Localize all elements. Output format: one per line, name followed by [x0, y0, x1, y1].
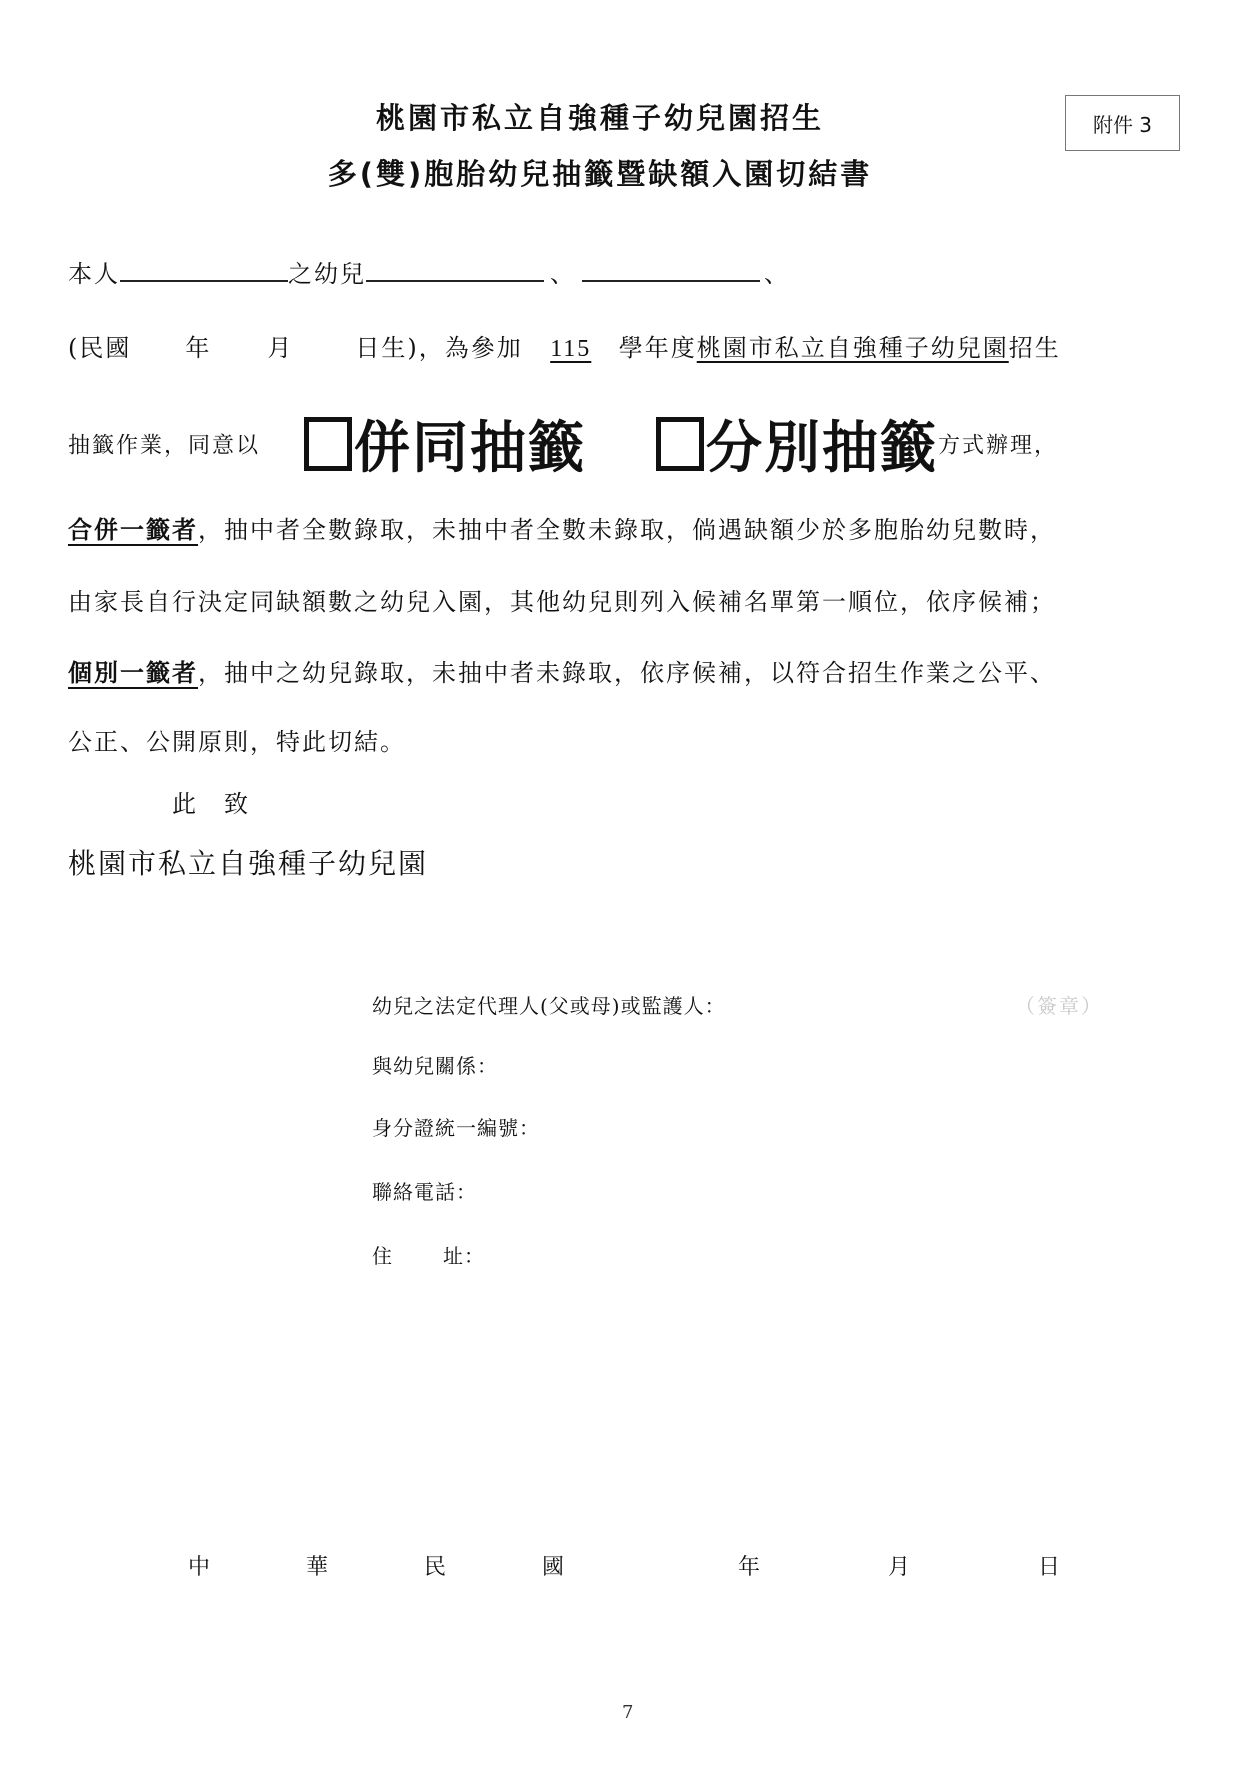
body-line-5: 公正、公開原則，特此切結。: [68, 722, 406, 757]
parent-name-field[interactable]: [120, 258, 288, 282]
document-title-line1: 桃園市私立自強種子幼兒園招生: [0, 96, 1200, 137]
separate-draw-text: ，抽中之幼兒錄取，未抽中者未錄取，依序候補，以符合招生作業之公平、: [198, 659, 1056, 687]
date-year-field[interactable]: [580, 1545, 730, 1579]
school-name: 桃園市私立自強種子幼兒園: [697, 334, 1009, 362]
school-year-suffix: 學年度: [619, 334, 697, 362]
body-line-separate: 個別一籤者，抽中之幼兒錄取，未抽中者未錄取，依序候補，以符合招生作業之公平、: [68, 653, 1056, 688]
option-joint-draw-label: 併同抽籤: [354, 416, 586, 481]
date-char-hua: 華: [306, 1550, 328, 1581]
child-label: 之幼兒: [288, 260, 366, 288]
option-separate-draw-checkbox[interactable]: [656, 417, 704, 471]
separate-draw-heading: 個別一籤者: [68, 659, 198, 687]
annex-badge: 附件 3: [1065, 95, 1180, 151]
date-char-guo: 國: [542, 1550, 564, 1581]
date-day-field[interactable]: [920, 1545, 1040, 1579]
date-day-label: 日: [1038, 1550, 1060, 1581]
salutation: 此 致: [172, 784, 250, 819]
annex-label: 附件 3: [1093, 109, 1152, 138]
intro-line-birth: (民國年月日生)，為參加115學年度桃園市私立自強種子幼兒園招生: [68, 328, 1061, 363]
document-title-line2: 多(雙)胞胎幼兒抽籤暨缺額入園切結書: [0, 152, 1200, 193]
self-label: 本人: [68, 260, 120, 288]
id-number-label: 身分證統一編號：: [372, 1112, 540, 1141]
child-name-field-2[interactable]: [582, 258, 760, 282]
recipient: 桃園市私立自強種子幼兒園: [68, 842, 428, 882]
school-year-value: 115: [523, 336, 619, 363]
address-label: 住址：: [372, 1240, 485, 1269]
guardian-label: 幼兒之法定代理人(父或母)或監護人：: [372, 990, 726, 1019]
date-char-min: 民: [424, 1550, 446, 1581]
intro-line-names: 本人之幼兒、、: [68, 254, 790, 289]
phone-field[interactable]: [480, 1171, 980, 1205]
address-field[interactable]: [470, 1235, 1070, 1269]
enroll-suffix: 招生: [1009, 334, 1061, 362]
seal-placeholder: （簽章）: [1015, 990, 1103, 1019]
date-month-field[interactable]: [770, 1545, 890, 1579]
separator: 、: [550, 260, 576, 288]
relation-field[interactable]: [500, 1045, 1000, 1079]
options-prefix: 抽籤作業，同意以: [68, 434, 260, 459]
separator: 、: [764, 260, 790, 288]
id-number-field[interactable]: [560, 1107, 1060, 1141]
option-separate-draw-label: 分別抽籤: [706, 416, 938, 481]
phone-label: 聯絡電話：: [372, 1176, 477, 1205]
birth-open-label: (民國: [68, 334, 131, 362]
draw-options-row: 抽籤作業，同意以 併同抽籤 分別抽籤方式辦理，: [68, 404, 1058, 484]
option-joint-draw-checkbox[interactable]: [304, 417, 352, 471]
joint-draw-text: ，抽中者全數錄取，未抽中者全數未錄取，倘遇缺額少於多胞胎幼兒數時，: [198, 516, 1056, 544]
date-month-label: 月: [888, 1550, 910, 1581]
body-line-3: 由家長自行決定同缺額數之幼兒入園，其他幼兒則列入候補名單第一順位，依序候補；: [68, 582, 1056, 617]
body-line-joint: 合併一籤者，抽中者全數錄取，未抽中者全數未錄取，倘遇缺額少於多胞胎幼兒數時，: [68, 510, 1056, 545]
day-label: 日生)，為參加: [355, 334, 522, 362]
date-char-zhong: 中: [188, 1550, 210, 1581]
page-number: 7: [622, 1702, 633, 1723]
child-name-field-1[interactable]: [366, 258, 544, 282]
date-year-label: 年: [738, 1550, 760, 1581]
joint-draw-heading: 合併一籤者: [68, 516, 198, 544]
relation-label: 與幼兒關係：: [372, 1050, 498, 1079]
guardian-signature-field[interactable]: [790, 985, 1010, 1019]
options-suffix: 方式辦理，: [938, 434, 1058, 459]
month-label: 月: [267, 334, 293, 362]
year-label: 年: [185, 334, 211, 362]
